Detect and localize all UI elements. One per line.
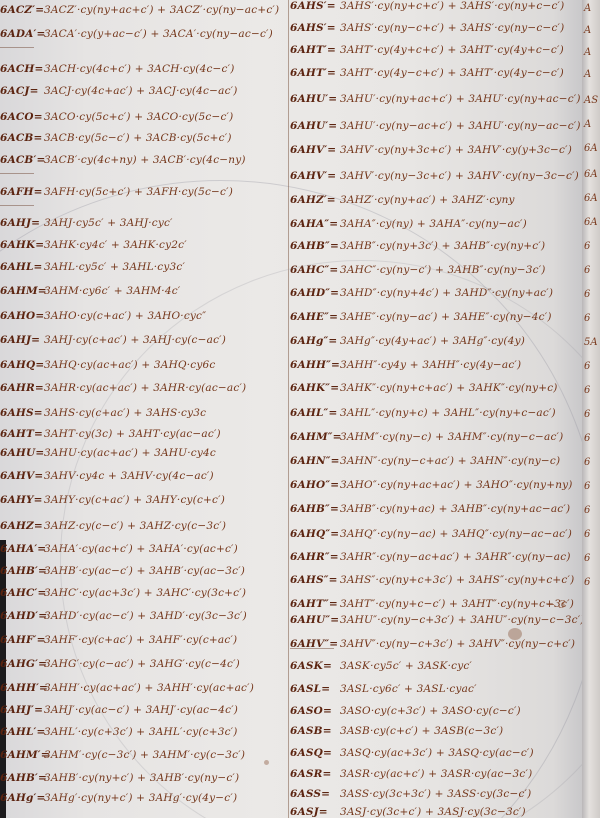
- formula-expression: 3ACB′·cy(4c+ny) + 3ACB′·cy(4c−ny): [44, 154, 246, 166]
- formula-expression: 3AHH″·cy4y + 3AHH″·cy(4y−ac′): [340, 359, 521, 371]
- formula-line: 6ASO=3ASO·cy(c+3c′) + 3ASO·cy(c−c′): [290, 701, 521, 721]
- formula-label: 6AHK″=: [290, 378, 340, 398]
- formula-line: 6AHT=3AHT·cy(3c) + 3AHT·cy(ac−ac′): [0, 424, 221, 444]
- formula-line: 6AHV′=3AHV′·cy(ny−3c+c′) + 3AHV′·cy(ny−3…: [290, 166, 579, 186]
- formula-label: 6ASB=: [290, 721, 340, 741]
- facing-page-stub: 6: [584, 244, 598, 250]
- formula-line: 6AHK″=3AHK″·cy(ny+c+ac′) + 3AHK″·cy(ny+c…: [290, 378, 558, 398]
- formula-label: 6ASR=: [290, 764, 340, 784]
- formula-line: 6AHD′=3AHD′·cy(ac−c′) + 3AHD′·cy(3c−3c′): [0, 606, 247, 626]
- formula-line: 6AHU′=3AHU′·cy(ny−ac+c′) + 3AHU′·cy(ny−a…: [290, 116, 581, 136]
- formula-line: 6AHL″=3AHL″·cy(ny+c) + 3AHL″·cy(ny+c−ac′…: [290, 403, 556, 423]
- formula-line: 6AFH=3AFH·cy(5c+c′) + 3AFH·cy(5c−c′): [0, 182, 233, 202]
- facing-page-stub: 6A: [584, 220, 598, 226]
- formula-label: 6ASO=: [290, 701, 340, 721]
- formula-label: 6ACB=: [0, 128, 44, 148]
- facing-page-stub: 6: [584, 580, 598, 586]
- formula-label: 6ASQ=: [290, 743, 340, 763]
- facing-page-stub: 6: [584, 292, 598, 298]
- formula-line: 6AHH″=3AHH″·cy4y + 3AHH″·cy(4y−ac′): [290, 355, 521, 375]
- formula-expression: 3AHg′·cy(ny+c′) + 3AHg′·cy(4y−c′): [44, 792, 237, 804]
- formula-label: 6AHS″=: [290, 570, 340, 590]
- formula-line: 6AHS″=3AHS″·cy(ny+c+3c′) + 3AHS″·cy(ny+c…: [290, 570, 574, 590]
- formula-expression: 3AHS·cy(c+ac′) + 3AHS·cy3c: [44, 407, 206, 419]
- formula-label: 6AHJ=: [0, 213, 44, 233]
- formula-expression: 3ASK·cy5c′ + 3ASK·cyc′: [340, 660, 472, 672]
- formula-label: 6AHS′=: [290, 0, 340, 16]
- formula-expression: 3ACH·cy(4c+c′) + 3ACH·cy(4c−c′): [44, 63, 235, 75]
- formula-line: 6ACJ=3ACJ·cy(4c+ac′) + 3ACJ·cy(4c−ac′): [0, 81, 238, 101]
- column-divider: [288, 0, 289, 818]
- formula-expression: 3AHT·cy(3c) + 3AHT·cy(ac−ac′): [44, 428, 221, 440]
- formula-expression: 3AHV′·cy(ny−3c+c′) + 3AHV′·cy(ny−3c−c′): [340, 170, 579, 182]
- formula-line: 6AHL=3AHL·cy5c′ + 3AHL·cy3c′: [0, 257, 185, 277]
- formula-line: 6AHB″=3AHB″·cy(ny+3c′) + 3AHB″·cy(ny+c′): [290, 236, 545, 256]
- manuscript-page: 6ACZ′=3ACZ′·cy(ny+ac+c′) + 3ACZ′·cy(ny−a…: [0, 0, 582, 818]
- formula-expression: 3AHN″·cy(ny−c+ac′) + 3AHN″·cy(ny−c): [340, 455, 560, 467]
- facing-page-stub: 6: [584, 460, 598, 466]
- formula-expression: 3AHF′·cy(c+ac′) + 3AHF′·cy(c+ac′): [44, 634, 237, 646]
- formula-line: 6ASL=3ASL·cy6c′ + 3ASL·cyac′: [290, 679, 477, 699]
- formula-label: 6AHY=: [0, 490, 44, 510]
- formula-label: 6ASS=: [290, 784, 340, 804]
- formula-expression: 3AHS′·cy(ny+c+c′) + 3AHS′·cy(ny+c−c′): [340, 0, 564, 12]
- formula-line: 6AHJ=3AHJ·cy5c′ + 3AHJ·cyc′: [0, 213, 173, 233]
- formula-label: 6AHU′=: [290, 89, 340, 109]
- formula-expression: 3AHM·cy6c′ + 3AHM·4c′: [44, 285, 180, 297]
- formula-expression: 3AHK″·cy(ny+c+ac′) + 3AHK″·cy(ny+c): [340, 382, 558, 394]
- formula-line: 6AHG′=3AHG′·cy(c−ac′) + 3AHG′·cy(c−4c′): [0, 654, 240, 674]
- formula-label: 6AHV′=: [290, 140, 340, 160]
- formula-label: 6AHQ=: [0, 355, 44, 375]
- section-rule: [290, 648, 334, 649]
- formula-line: 6AHO=3AHO·cy(c+ac′) + 3AHO·cyc″: [0, 306, 206, 326]
- formula-expression: 3AHK·cy4c′ + 3AHK·cy2c′: [44, 239, 187, 251]
- formula-line: 6AHM=3AHM·cy6c′ + 3AHM·4c′: [0, 281, 180, 301]
- formula-expression: 3AHQ·cy(ac+ac′) + 3AHQ·cy6c: [44, 359, 215, 371]
- formula-line: 6AHT′=3AHT′·cy(4y+c+c′) + 3AHT′·cy(4y+c−…: [290, 40, 564, 60]
- facing-page-stub: AS: [584, 98, 598, 104]
- facing-page-stub: 6: [584, 316, 598, 322]
- formula-expression: 3ASS·cy(3c+3c′) + 3ASS·cy(3c−c′): [340, 788, 531, 800]
- facing-page-stub: A: [584, 28, 598, 34]
- formula-expression: 3AHJ·cy(c+ac′) + 3AHJ·cy(c−ac′): [44, 334, 226, 346]
- formula-line: 6AHU″=3AHU″·cy(ny−c+3c′) + 3AHU″·cy(ny−c…: [290, 610, 582, 630]
- formula-expression: 3AHG′·cy(c−ac′) + 3AHG′·cy(c−4c′): [44, 658, 240, 670]
- formula-label: 6AHO″=: [290, 475, 340, 495]
- formula-label: 6AHU′=: [290, 116, 340, 136]
- formula-label: 6AHg′=: [0, 788, 44, 808]
- facing-page-edge: A A A A AS A 6A 6A 6A 6A 6 6 6 6 5A 6 6 …: [582, 0, 600, 818]
- formula-label: 6AHJ=: [0, 330, 44, 350]
- formula-label: 6AHQ″=: [290, 524, 340, 544]
- facing-page-stub: A: [584, 72, 598, 78]
- formula-line: 6AHB′=3AHB′·cy(ac−c′) + 3AHB′·cy(ac−3c′): [0, 561, 245, 581]
- formula-label: 6AHH′=: [0, 678, 44, 698]
- formula-line: 6AHO″=3AHO″·cy(ny+ac+ac′) + 3AHO″·cy(ny+…: [290, 475, 573, 495]
- formula-expression: 3AHZ′·cy(ny+ac′) + 3AHZ′·cyny: [340, 194, 515, 206]
- formula-line: 6ADA′=3ACA′·cy(y+ac−c′) + 3ACA′·cy(ny−ac…: [0, 24, 273, 44]
- formula-line: 6ACZ′=3ACZ′·cy(ny+ac+c′) + 3ACZ′·cy(ny−a…: [0, 0, 279, 20]
- facing-page-stub: 6: [584, 436, 598, 442]
- formula-expression: 3AHL″·cy(ny+c) + 3AHL″·cy(ny+c−ac′): [340, 407, 556, 419]
- formula-label: 6AHF′=: [0, 630, 44, 650]
- formula-expression: 3AHO·cy(c+ac′) + 3AHO·cyc″: [44, 310, 206, 322]
- formula-expression: 3ACO·cy(5c+c′) + 3ACO·cy(5c−c′): [44, 111, 233, 123]
- formula-expression: 3AHH′·cy(ac+ac′) + 3AHH′·cy(ac+ac′): [44, 682, 254, 694]
- formula-expression: 3AHB″·cy(ny+ac) + 3AHB″·cy(ny+ac−ac′): [340, 503, 570, 515]
- formula-label: 6AHV=: [0, 466, 44, 486]
- formula-expression: 3AHC″·cy(ny−c′) + 3AHB″·cy(ny−3c′): [340, 264, 546, 276]
- formula-label: 6ADA′=: [0, 24, 44, 44]
- formula-line: 6AHT′=3AHT′·cy(4y−c+c′) + 3AHT′·cy(4y−c−…: [290, 63, 564, 83]
- facing-page-stub: A: [584, 6, 598, 12]
- formula-label: 6AHD′=: [0, 606, 44, 626]
- formula-label: 6AHO=: [0, 306, 44, 326]
- formula-label: 6AHC′=: [0, 583, 44, 603]
- formula-expression: 3AHL′·cy(c+3c′) + 3AHL′·cy(c+3c′): [44, 726, 238, 738]
- facing-page-stub: 6: [584, 412, 598, 418]
- formula-label: 6AHT′=: [290, 63, 340, 83]
- formula-label: 6AHM′=: [0, 745, 44, 765]
- formula-expression: 3AHB″·cy(ny+3c′) + 3AHB″·cy(ny+c′): [340, 240, 545, 252]
- formula-line: 6ASR=3ASR·cy(ac+c′) + 3ASR·cy(ac−3c′): [290, 764, 532, 784]
- formula-line: 6ASK=3ASK·cy5c′ + 3ASK·cyc′: [290, 656, 472, 676]
- formula-label: 6AHR″=: [290, 547, 340, 567]
- formula-line: 6ACB=3ACB·cy(5c−c′) + 3ACB·cy(5c+c′): [0, 128, 232, 148]
- formula-expression: 3ASB·cy(c+c′) + 3ASB(c−3c′): [340, 725, 503, 737]
- formula-expression: 3AHS′·cy(ny−c+c′) + 3AHS′·cy(ny−c−c′): [340, 22, 564, 34]
- facing-page-stub: 5A: [584, 340, 598, 346]
- formula-label: 6AHL=: [0, 257, 44, 277]
- formula-label: 6AHG′=: [0, 654, 44, 674]
- formula-label: 6ACO=: [0, 107, 44, 127]
- formula-label: 6AHB′=: [0, 768, 44, 788]
- facing-page-stub: 6: [584, 364, 598, 370]
- formula-line: 6ASQ=3ASQ·cy(ac+3c′) + 3ASQ·cy(ac−c′): [290, 743, 534, 763]
- formula-line: 6AHU=3AHU·cy(ac+ac′) + 3AHU·cy4c: [0, 443, 216, 463]
- formula-line: 6AHF′=3AHF′·cy(c+ac′) + 3AHF′·cy(c+ac′): [0, 630, 237, 650]
- formula-line: 6AHL′=3AHL′·cy(c+3c′) + 3AHL′·cy(c+3c′): [0, 722, 238, 742]
- formula-expression: 3AHD″·cy(ny+4c′) + 3AHD″·cy(ny+ac′): [340, 287, 553, 299]
- formula-line: 6AHA″=3AHA″·cy(ny) + 3AHA″·cy(ny−ac′): [290, 214, 527, 234]
- formula-line: 6ACB′=3ACB′·cy(4c+ny) + 3ACB′·cy(4c−ny): [0, 150, 246, 170]
- formula-line: 6ACH=3ACH·cy(4c+c′) + 3ACH·cy(4c−c′): [0, 59, 235, 79]
- formula-label: 6AHD″=: [290, 283, 340, 303]
- formula-label: 6AHS=: [0, 403, 44, 423]
- formula-expression: 3AHA″·cy(ny) + 3AHA″·cy(ny−ac′): [340, 218, 527, 230]
- formula-label: 6ACH=: [0, 59, 44, 79]
- formula-line: 6AHS′=3AHS′·cy(ny−c+c′) + 3AHS′·cy(ny−c−…: [290, 18, 564, 38]
- formula-line: 6AHJ′=3AHJ′·cy(ac−c′) + 3AHJ′·cy(ac−4c′): [0, 700, 238, 720]
- formula-line: 6AHQ″=3AHQ″·cy(ny−ac) + 3AHQ″·cy(ny−ac−a…: [290, 524, 572, 544]
- facing-page-stub: 6A: [584, 146, 598, 152]
- formula-label: 6AHU″=: [290, 610, 340, 630]
- formula-label: 6AHZ=: [0, 516, 44, 536]
- formula-line: 6AHT″=3AHT″·cy(ny+c−c′) + 3AHT″·cy(ny+c+…: [290, 594, 574, 614]
- formula-label: 6AFH=: [0, 182, 44, 202]
- formula-expression: 3AHJ′·cy(ac−c′) + 3AHJ′·cy(ac−4c′): [44, 704, 238, 716]
- formula-line: 6AHS=3AHS·cy(c+ac′) + 3AHS·cy3c: [0, 403, 206, 423]
- formula-label: 6AHN″=: [290, 451, 340, 471]
- formula-line: 6AHB′=3AHB′·cy(ny+c′) + 3AHB′·cy(ny−c′): [0, 768, 239, 788]
- ink-spot: [264, 760, 269, 765]
- formula-label: 6AHB″=: [290, 499, 340, 519]
- formula-expression: 3AHR″·cy(ny−ac+ac′) + 3AHR″·cy(ny−ac): [340, 551, 571, 563]
- formula-line: 6AHJ=3AHJ·cy(c+ac′) + 3AHJ·cy(c−ac′): [0, 330, 226, 350]
- formula-label: 6AHR=: [0, 378, 44, 398]
- formula-line: 6AHR=3AHR·cy(ac+ac′) + 3AHR·cy(ac−ac′): [0, 378, 246, 398]
- section-rule: [0, 205, 34, 206]
- formula-line: 6AHE″=3AHE″·cy(ny−ac′) + 3AHE″·cy(ny−4c′…: [290, 307, 552, 327]
- formula-label: 6ACB′=: [0, 150, 44, 170]
- formula-expression: 3ASO·cy(c+3c′) + 3ASO·cy(c−c′): [340, 705, 521, 717]
- section-rule: [0, 173, 34, 174]
- formula-expression: 3AHU″·cy(ny−c+3c′) + 3AHU″·cy(ny−c−3c′): [340, 614, 582, 626]
- formula-expression: 3AHE″·cy(ny−ac′) + 3AHE″·cy(ny−4c′): [340, 311, 552, 323]
- facing-page-stub: 6: [584, 268, 598, 274]
- formula-line: 6ASS=3ASS·cy(3c+3c′) + 3ASS·cy(3c−c′): [290, 784, 531, 804]
- formula-line: 6AHN″=3AHN″·cy(ny−c+ac′) + 3AHN″·cy(ny−c…: [290, 451, 560, 471]
- formula-label: 6AHV′=: [290, 166, 340, 186]
- formula-label: 6AHC″=: [290, 260, 340, 280]
- formula-expression: 3AHJ·cy5c′ + 3AHJ·cyc′: [44, 217, 173, 229]
- formula-label: 6ACZ′=: [0, 0, 44, 20]
- formula-expression: 3ACB·cy(5c−c′) + 3ACB·cy(5c+c′): [44, 132, 232, 144]
- formula-label: 6AHL′=: [0, 722, 44, 742]
- formula-line: 6AHg″=3AHg″·cy(4y+ac′) + 3AHg″·cy(4y): [290, 331, 525, 351]
- facing-page-stub: A: [584, 50, 598, 56]
- formula-label: 6AHB′=: [0, 561, 44, 581]
- formula-expression: 3AHU′·cy(ny−ac+c′) + 3AHU′·cy(ny−ac−c′): [340, 120, 581, 132]
- formula-line: 6AHM′=3AHM′·cy(c−3c′) + 3AHM′·cy(c−3c′): [0, 745, 245, 765]
- formula-line: 6AHR″=3AHR″·cy(ny−ac+ac′) + 3AHR″·cy(ny−…: [290, 547, 571, 567]
- formula-expression: 3AHC′·cy(ac+3c′) + 3AHC′·cy(3c+c′): [44, 587, 246, 599]
- formula-expression: 3AHV·cy4c + 3AHV·cy(4c−ac′): [44, 470, 214, 482]
- formula-label: 6ASK=: [290, 656, 340, 676]
- formula-line: 6AHM″=3AHM″·cy(ny−c) + 3AHM″·cy(ny−c−ac′…: [290, 427, 563, 447]
- formula-expression: 3AHM″·cy(ny−c) + 3AHM″·cy(ny−c−ac′): [340, 431, 563, 443]
- facing-page-stub: 6A: [584, 196, 598, 202]
- ink-blot: [508, 628, 522, 640]
- facing-page-stub: 6: [584, 508, 598, 514]
- formula-label: 6AHA′=: [0, 539, 44, 559]
- facing-page-stub: 6: [584, 388, 598, 394]
- formula-label: 6AHM″=: [290, 427, 340, 447]
- formula-label: 6AHB″=: [290, 236, 340, 256]
- formula-label: 6AHE″=: [290, 307, 340, 327]
- formula-line: 6AHQ=3AHQ·cy(ac+ac′) + 3AHQ·cy6c: [0, 355, 215, 375]
- formula-expression: 3AHV″·cy(ny−c+3c′) + 3AHV″·cy(ny−c+c′): [340, 638, 575, 650]
- formula-line: 6AHV″=3AHV″·cy(ny−c+3c′) + 3AHV″·cy(ny−c…: [290, 634, 575, 654]
- formula-line: 6AHg′=3AHg′·cy(ny+c′) + 3AHg′·cy(4y−c′): [0, 788, 237, 808]
- formula-expression: 3AHB′·cy(ny+c′) + 3AHB′·cy(ny−c′): [44, 772, 239, 784]
- formula-expression: 3AHU·cy(ac+ac′) + 3AHU·cy4c: [44, 447, 216, 459]
- formula-expression: 3AHT″·cy(ny+c−c′) + 3AHT″·cy(ny+c+3c′): [340, 598, 574, 610]
- formula-label: 6AHK=: [0, 235, 44, 255]
- formula-expression: 3AHR·cy(ac+ac′) + 3AHR·cy(ac−ac′): [44, 382, 246, 394]
- formula-expression: 3ACA′·cy(y+ac−c′) + 3ACA′·cy(ny−ac−c′): [44, 28, 273, 40]
- formula-label: 6AHg″=: [290, 331, 340, 351]
- formula-expression: 3AHA′·cy(ac+c′) + 3AHA′·cy(ac+c′): [44, 543, 238, 555]
- formula-line: 6AHB″=3AHB″·cy(ny+ac) + 3AHB″·cy(ny+ac−a…: [290, 499, 570, 519]
- formula-label: 6AHM=: [0, 281, 44, 301]
- formula-expression: 3ASR·cy(ac+c′) + 3ASR·cy(ac−3c′): [340, 768, 532, 780]
- section-rule: [0, 47, 34, 48]
- formula-label: 6AHJ′=: [0, 700, 44, 720]
- formula-expression: 3AHB′·cy(ac−c′) + 3AHB′·cy(ac−3c′): [44, 565, 245, 577]
- formula-label: 6AHZ′=: [290, 190, 340, 210]
- facing-page-stub: 6: [584, 532, 598, 538]
- formula-label: 6ACJ=: [0, 81, 44, 101]
- formula-expression: 3ACZ′·cy(ny+ac+c′) + 3ACZ′·cy(ny−ac+c′): [44, 4, 279, 16]
- formula-line: 6AHC″=3AHC″·cy(ny−c′) + 3AHB″·cy(ny−3c′): [290, 260, 546, 280]
- formula-expression: 3AHT′·cy(4y+c+c′) + 3AHT′·cy(4y+c−c′): [340, 44, 564, 56]
- formula-line: 6AHH′=3AHH′·cy(ac+ac′) + 3AHH′·cy(ac+ac′…: [0, 678, 254, 698]
- formula-line: 6ACO=3ACO·cy(5c+c′) + 3ACO·cy(5c−c′): [0, 107, 233, 127]
- formula-expression: 3AHY·cy(c+ac′) + 3AHY·cy(c+c′): [44, 494, 225, 506]
- formula-expression: 3AHV′·cy(ny+3c+c′) + 3AHV′·cy(y+3c−c′): [340, 144, 572, 156]
- formula-expression: 3AHO″·cy(ny+ac+ac′) + 3AHO″·cy(ny+ny): [340, 479, 573, 491]
- formula-line: 6AHV=3AHV·cy4c + 3AHV·cy(4c−ac′): [0, 466, 214, 486]
- formula-label: 6AHU=: [0, 443, 44, 463]
- formula-label: 6AHT=: [0, 424, 44, 444]
- formula-label: 6ASL=: [290, 679, 340, 699]
- facing-page-stub: 6A: [584, 172, 598, 178]
- formula-label: 6AHT′=: [290, 40, 340, 60]
- formula-expression: 3ASJ·cy(3c+c′) + 3ASJ·cy(3c−3c′): [340, 806, 526, 818]
- formula-expression: 3AHg″·cy(4y+ac′) + 3AHg″·cy(4y): [340, 335, 525, 347]
- facing-page-stub: 6: [584, 484, 598, 490]
- formula-line: 6AHK=3AHK·cy4c′ + 3AHK·cy2c′: [0, 235, 187, 255]
- formula-line: 6ASJ=3ASJ·cy(3c+c′) + 3ASJ·cy(3c−3c′): [290, 802, 526, 818]
- formula-line: 6AHZ′=3AHZ′·cy(ny+ac′) + 3AHZ′·cyny: [290, 190, 515, 210]
- formula-line: 6AHD″=3AHD″·cy(ny+4c′) + 3AHD″·cy(ny+ac′…: [290, 283, 553, 303]
- formula-expression: 3AHU′·cy(ny+ac+c′) + 3AHU′·cy(ny+ac−c′): [340, 93, 581, 105]
- formula-expression: 3ASL·cy6c′ + 3ASL·cyac′: [340, 683, 477, 695]
- formula-expression: 3AHT′·cy(4y−c+c′) + 3AHT′·cy(4y−c−c′): [340, 67, 564, 79]
- formula-expression: 3ASQ·cy(ac+3c′) + 3ASQ·cy(ac−c′): [340, 747, 534, 759]
- formula-expression: 3AHD′·cy(ac−c′) + 3AHD′·cy(3c−3c′): [44, 610, 247, 622]
- formula-expression: 3AFH·cy(5c+c′) + 3AFH·cy(5c−c′): [44, 186, 233, 198]
- formula-label: 6AHH″=: [290, 355, 340, 375]
- formula-label: 6ASJ=: [290, 802, 340, 818]
- formula-expression: 3AHL·cy5c′ + 3AHL·cy3c′: [44, 261, 185, 273]
- formula-expression: 3AHS″·cy(ny+c+3c′) + 3AHS″·cy(ny+c+c′): [340, 574, 574, 586]
- formula-line: 6ASB=3ASB·cy(c+c′) + 3ASB(c−3c′): [290, 721, 503, 741]
- formula-expression: 3AHZ·cy(c−c′) + 3AHZ·cy(c−3c′): [44, 520, 226, 532]
- formula-label: 6AHA″=: [290, 214, 340, 234]
- formula-expression: 3AHM′·cy(c−3c′) + 3AHM′·cy(c−3c′): [44, 749, 245, 761]
- formula-expression: 3AHQ″·cy(ny−ac) + 3AHQ″·cy(ny−ac−ac′): [340, 528, 572, 540]
- formula-line: 6AHU′=3AHU′·cy(ny+ac+c′) + 3AHU′·cy(ny+a…: [290, 89, 581, 109]
- facing-page-stub: A: [584, 122, 598, 128]
- formula-label: 6AHL″=: [290, 403, 340, 423]
- formula-label: 6AHT″=: [290, 594, 340, 614]
- formula-line: 6AHY=3AHY·cy(c+ac′) + 3AHY·cy(c+c′): [0, 490, 225, 510]
- formula-line: 6AHC′=3AHC′·cy(ac+3c′) + 3AHC′·cy(3c+c′): [0, 583, 246, 603]
- margin-note: − 3: [546, 598, 566, 611]
- formula-line: 6AHA′=3AHA′·cy(ac+c′) + 3AHA′·cy(ac+c′): [0, 539, 238, 559]
- formula-line: 6AHZ=3AHZ·cy(c−c′) + 3AHZ·cy(c−3c′): [0, 516, 226, 536]
- formula-line: 6AHV′=3AHV′·cy(ny+3c+c′) + 3AHV′·cy(y+3c…: [290, 140, 572, 160]
- formula-line: 6AHS′=3AHS′·cy(ny+c+c′) + 3AHS′·cy(ny+c−…: [290, 0, 564, 16]
- facing-page-stub: 6: [584, 556, 598, 562]
- formula-label: 6AHS′=: [290, 18, 340, 38]
- formula-label: 6AHV″=: [290, 634, 340, 654]
- formula-expression: 3ACJ·cy(4c+ac′) + 3ACJ·cy(4c−ac′): [44, 85, 238, 97]
